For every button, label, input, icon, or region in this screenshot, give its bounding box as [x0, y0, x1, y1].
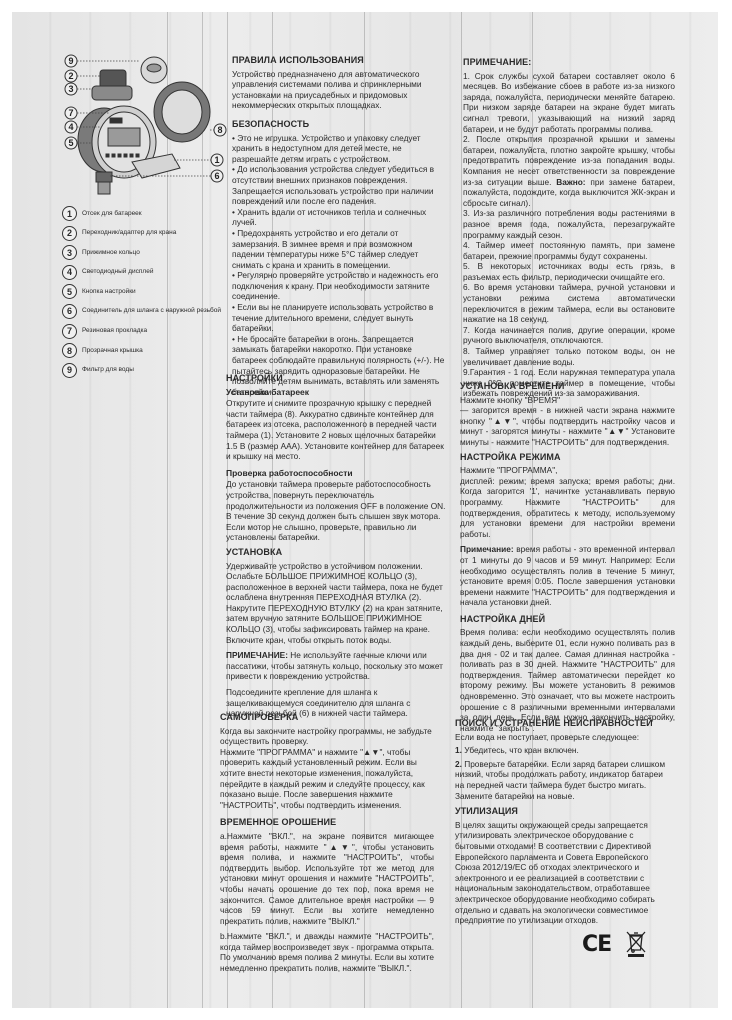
safety-item: • Хранить вдали от источников тепла и со…: [232, 207, 446, 228]
settings-section: НАСТРОЙКИ Установка батареек Открутите и…: [226, 373, 446, 722]
legend-label: Кнопка настройки: [82, 288, 136, 296]
temp-irrigation-title: ВРЕМЕННОЕ ОРОШЕНИЕ: [220, 817, 434, 828]
safety-item: • Предохранять устройство и его детали о…: [232, 228, 446, 270]
install-note-label: ПРИМЕЧАНИЕ:: [226, 650, 288, 660]
callout-8: 8: [217, 125, 222, 135]
battery-install-text: Открутите и снимите прозрачную крышку с …: [226, 398, 446, 462]
legend-item: 7Резиновая прокладка: [62, 324, 222, 339]
notes-title: ПРИМЕЧАНИЕ:: [463, 57, 675, 68]
selfcheck-text-1: Когда вы закончите настройку программы, …: [220, 726, 434, 747]
callout-2: 2: [68, 71, 73, 81]
legend-item: 1Отсек для батареек: [62, 206, 222, 221]
safety-item: • Если вы не планируете использовать уст…: [232, 302, 446, 334]
temp-irrigation-b: b.Нажмите "ВКЛ.", и дважды нажмите "НАСТ…: [220, 931, 434, 973]
note-6: 6. Во время установки таймера, ручной ус…: [463, 282, 675, 324]
battery-install-title: Установка батареек: [226, 387, 446, 398]
callout-3: 3: [68, 84, 73, 94]
callout-5: 5: [68, 138, 73, 148]
selfcheck-text-2: Нажмите "ПРОГРАММА" и нажмите "▲▼", чтоб…: [220, 747, 434, 811]
disposal-title: УТИЛИЗАЦИЯ: [455, 806, 673, 817]
safety-item: • До использования устройства следует уб…: [232, 164, 446, 206]
callout-9: 9: [68, 56, 73, 66]
mode-setting-title: НАСТРОЙКА РЕЖИМА: [460, 452, 675, 463]
callout-1: 1: [214, 155, 219, 165]
time-setting-title: УСТАНОВКА ВРЕМЕНИ: [460, 381, 675, 392]
troubleshooting-item-1: 1. Убедитесь, что кран включен.: [455, 745, 673, 756]
legend-label: Соединитель для шланга с наружной резьбо…: [82, 307, 221, 315]
legend-label: Прозрачная крышка: [82, 347, 143, 355]
compliance-marks: CE: [582, 930, 647, 958]
legend-number: 3: [62, 245, 77, 260]
selfcheck-title: САМОПРОВЕРКА: [220, 712, 434, 723]
callout-6: 6: [214, 171, 219, 181]
parts-legend: 1Отсек для батареек2Переходник/адаптер д…: [62, 206, 222, 382]
safety-list: • Это не игрушка. Устройство и упаковку …: [232, 133, 446, 398]
note-2: 2. После открытия прозрачной крышки и за…: [463, 134, 675, 208]
install-text: Удерживайте устройство в устойчивом поло…: [226, 561, 446, 646]
legend-number: 7: [62, 324, 77, 339]
legend-number: 2: [62, 226, 77, 241]
notes-section: ПРИМЕЧАНИЕ: 1. Срок службы сухой батареи…: [463, 57, 675, 399]
note-3: 3. Из-за различного потребления воды рас…: [463, 208, 675, 240]
legend-number: 9: [62, 363, 77, 378]
weee-bin-icon: [625, 930, 647, 958]
callout-4: 4: [68, 122, 73, 132]
legend-item: 4Светодиодный дисплей: [62, 265, 222, 280]
note-1: 1. Срок службы сухой батареи составляет …: [463, 71, 675, 135]
days-setting-title: НАСТРОЙКА ДНЕЙ: [460, 614, 675, 625]
legend-number: 5: [62, 284, 77, 299]
legend-label: Отсек для батареек: [82, 210, 142, 218]
legend-label: Резиновая прокладка: [82, 327, 147, 335]
legend-item: 8Прозрачная крышка: [62, 343, 222, 358]
product-illustration: 9 2 3 7 4 5 8 1 6: [62, 50, 227, 200]
legend-label: Фильтр для воды: [82, 366, 134, 374]
legend-label: Прижимное кольцо: [82, 249, 140, 257]
usage-title: ПРАВИЛА ИСПОЛЬЗОВАНИЯ: [232, 55, 446, 66]
troubleshooting-item-2: 2. Проверьте батарейки. Если заряд батар…: [455, 759, 673, 801]
troubleshooting-title: ПОИСК И УСТРАНЕНИЕ НЕИСПРАВНОСТЕЙ: [455, 718, 673, 729]
note-4: 4. Таймер имеет постоянную память, при з…: [463, 240, 675, 261]
usage-text: Устройство предназначено для автоматичес…: [232, 69, 446, 111]
time-setting-text: — загорится время - в нижней части экран…: [460, 405, 675, 447]
ce-mark: CE: [582, 932, 611, 957]
legend-number: 4: [62, 265, 77, 280]
legend-item: 9Фильтр для воды: [62, 363, 222, 378]
selfcheck-section: САМОПРОВЕРКА Когда вы закончите настройк…: [220, 712, 434, 977]
legend-item: 6Соединитель для шланга с наружной резьб…: [62, 304, 222, 319]
temp-irrigation-a: a.Нажмите "ВКЛ.", на экране появится миг…: [220, 831, 434, 926]
legend-label: Светодиодный дисплей: [82, 268, 153, 276]
safety-item: • Регулярно проверяйте устройство и наде…: [232, 270, 446, 302]
note-8: 8. Таймер управляет только потоком воды,…: [463, 346, 675, 367]
troubleshooting-section: ПОИСК И УСТРАНЕНИЕ НЕИСПРАВНОСТЕЙ Если в…: [455, 718, 673, 929]
legend-number: 6: [62, 304, 77, 319]
time-setting-line1: Нажмите кнопку "ВРЕМЯ": [460, 395, 675, 406]
safety-item: • Это не игрушка. Устройство и упаковку …: [232, 133, 446, 165]
safety-title: БЕЗОПАСНОСТЬ: [232, 119, 446, 130]
disposal-text: В целях защиты окружающей среды запрещае…: [455, 820, 673, 926]
callout-7: 7: [68, 108, 73, 118]
install-note: ПРИМЕЧАНИЕ: Не используйте гаечные ключи…: [226, 650, 446, 682]
legend-item: 3Прижимное кольцо: [62, 245, 222, 260]
mode-setting-text: дисплей: режим; время запуска; время раб…: [460, 476, 675, 540]
note-5: 5. В некоторых источниках воды есть гряз…: [463, 261, 675, 282]
legend-item: 5Кнопка настройки: [62, 284, 222, 299]
function-check-text: До установки таймера проверьте работоспо…: [226, 479, 446, 543]
legend-label: Переходник/адаптер для крана: [82, 229, 176, 237]
mode-setting-line1: Нажмите "ПРОГРАММА",: [460, 465, 675, 476]
legend-number: 1: [62, 206, 77, 221]
legend-item: 2Переходник/адаптер для крана: [62, 226, 222, 241]
legend-number: 8: [62, 343, 77, 358]
note-7: 7. Когда начинается полив, другие операц…: [463, 325, 675, 346]
column-middle: ПРАВИЛА ИСПОЛЬЗОВАНИЯ Устройство предназ…: [232, 55, 446, 397]
time-mode-days-section: УСТАНОВКА ВРЕМЕНИ Нажмите кнопку "ВРЕМЯ"…: [460, 381, 675, 736]
install-title: УСТАНОВКА: [226, 547, 446, 558]
mode-setting-note: Примечание: время работы - это временной…: [460, 544, 675, 608]
troubleshooting-intro: Если вода не поступает, проверьте следую…: [455, 732, 673, 743]
settings-title: НАСТРОЙКИ: [226, 373, 446, 384]
function-check-title: Проверка работоспособности: [226, 468, 446, 479]
